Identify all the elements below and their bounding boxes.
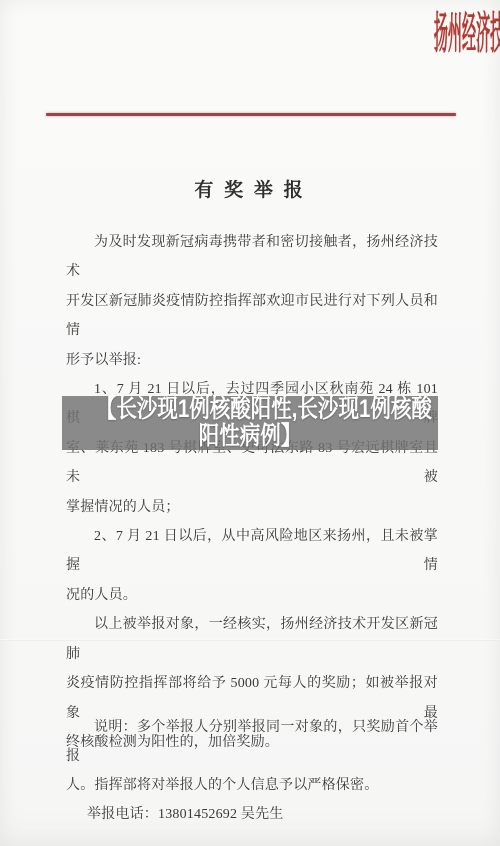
caption-overlay: 【长沙现1例核酸阳性,长沙现1例核酸 阳性病例】 xyxy=(62,396,438,450)
body-line: 2、7 月 21 日以后，从中高风险地区来扬州，且未被掌握情 xyxy=(66,522,438,581)
document-photo: 扬州经济技术开发区新型冠状病毒感染的肺炎疫情防控工作指挥部 有 奖 举 报 为及… xyxy=(0,0,500,846)
caption-line: 【长沙现1例核酸阳性,长沙现1例核酸 xyxy=(96,396,404,423)
body-line: 掌握情况的人员； xyxy=(66,493,438,522)
body-line: 为及时发现新冠病毒携带者和密切接触者，扬州经济技术 xyxy=(66,228,438,287)
document-body: 为及时发现新冠病毒携带者和密切接触者，扬州经济技术 开发区新冠肺炎疫情防控指挥部… xyxy=(66,228,438,757)
photo-stitch-seam xyxy=(0,639,500,641)
body-line: 开发区新冠肺炎疫情防控指挥部欢迎市民进行对下列人员和情 xyxy=(66,287,438,346)
document-letterhead: 扬州经济技术开发区新型冠状病毒感染的肺炎疫情防控工作指挥部 xyxy=(0,6,500,64)
footer-line: 说明：多个举报人分别举报同一对象的，只奖励首个举报 xyxy=(66,713,438,771)
caption-line: 阳性病例】 xyxy=(96,423,404,450)
footer-line-phone: 举报电话：13801452692 吴先生 xyxy=(66,800,438,829)
body-line: 况的人员。 xyxy=(66,581,438,610)
document-footer: 说明：多个举报人分别举报同一对象的，只奖励首个举报 人。指挥部将对举报人的个人信… xyxy=(66,713,438,829)
footer-line: 人。指挥部将对举报人的个人信息予以严格保密。 xyxy=(66,771,438,800)
body-line: 形予以举报: xyxy=(66,346,438,375)
letterhead-text: 扬州经济技术开发区新型冠状病毒感染的肺炎疫情防控工作指挥部 xyxy=(434,6,500,62)
document-title: 有 奖 举 报 xyxy=(0,175,500,202)
letterhead-divider-line xyxy=(46,113,456,116)
